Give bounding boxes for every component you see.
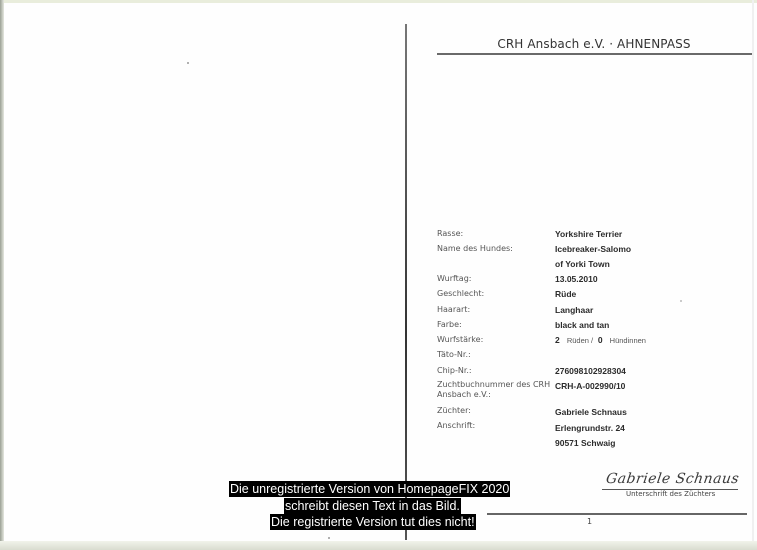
field-value: black and tan xyxy=(555,320,609,330)
field-value: Yorkshire Terrier xyxy=(555,229,622,239)
field-value: Erlengrundstr. 24 xyxy=(555,423,625,433)
document-header-title: CRH Ansbach e.V. · AHNENPASS xyxy=(437,37,751,51)
scan-top-edge xyxy=(0,0,757,3)
males-count: 2 xyxy=(555,335,560,345)
field-label: Wurfstärke: xyxy=(437,335,483,344)
field-value: Gabriele Schnaus xyxy=(555,407,627,417)
footer-rule xyxy=(487,513,747,515)
header-rule xyxy=(437,53,752,55)
field-label: Anschrift: xyxy=(437,421,475,430)
field-label: Züchter: xyxy=(437,406,471,415)
females-count: 0 xyxy=(598,335,603,345)
scan-speck xyxy=(680,300,682,302)
field-label: Wurftag: xyxy=(437,274,471,283)
field-value: 13.05.2010 xyxy=(555,274,598,284)
field-label-line2: Ansbach e.V.: xyxy=(437,390,491,399)
watermark-line-3: Die registrierte Version tut dies nicht! xyxy=(270,514,476,530)
field-value: Rüde xyxy=(555,289,576,299)
field-value: Icebreaker-Salomo xyxy=(555,244,631,254)
field-label: Haarart: xyxy=(437,305,470,314)
field-label: Rasse: xyxy=(437,229,463,238)
males-label: Rüden / xyxy=(567,336,593,345)
page-fold-line xyxy=(405,24,407,540)
field-value: CRH-A-002990/10 xyxy=(555,381,625,391)
scanned-document-page: CRH Ansbach e.V. · AHNENPASS Rasse: York… xyxy=(0,0,757,550)
page-number: 1 xyxy=(587,517,592,526)
field-value: 276098102928304 xyxy=(555,366,626,376)
watermark-line-2: schreibt diesen Text in das Bild. xyxy=(284,498,461,514)
scan-speck xyxy=(187,62,189,64)
field-label: Täto-Nr.: xyxy=(437,350,471,359)
field-label: Chip-Nr.: xyxy=(437,366,472,375)
watermark-line-1: Die unregistrierte Version von HomepageF… xyxy=(229,481,510,497)
field-value: of Yorki Town xyxy=(555,259,610,269)
field-label: Geschlecht: xyxy=(437,289,484,298)
scan-bottom-edge xyxy=(0,541,757,550)
field-label: Farbe: xyxy=(437,320,462,329)
field-value: 2 Rüden / 0 Hündinnen xyxy=(555,335,646,345)
field-value: Langhaar xyxy=(555,305,593,315)
scan-right-edge xyxy=(752,0,754,550)
field-value: 90571 Schwaig xyxy=(555,438,615,448)
scan-speck xyxy=(328,537,330,539)
signature-caption: Unterschrift des Züchters xyxy=(626,490,715,498)
scan-left-edge xyxy=(0,0,4,550)
field-label: Name des Hundes: xyxy=(437,244,513,253)
breeder-signature: Gabriele Schnaus xyxy=(605,471,740,487)
field-label-line1: Zuchtbuchnummer des CRH xyxy=(437,380,550,389)
field-label: Zuchtbuchnummer des CRH Ansbach e.V.: xyxy=(437,380,550,400)
females-label: Hündinnen xyxy=(610,336,646,345)
